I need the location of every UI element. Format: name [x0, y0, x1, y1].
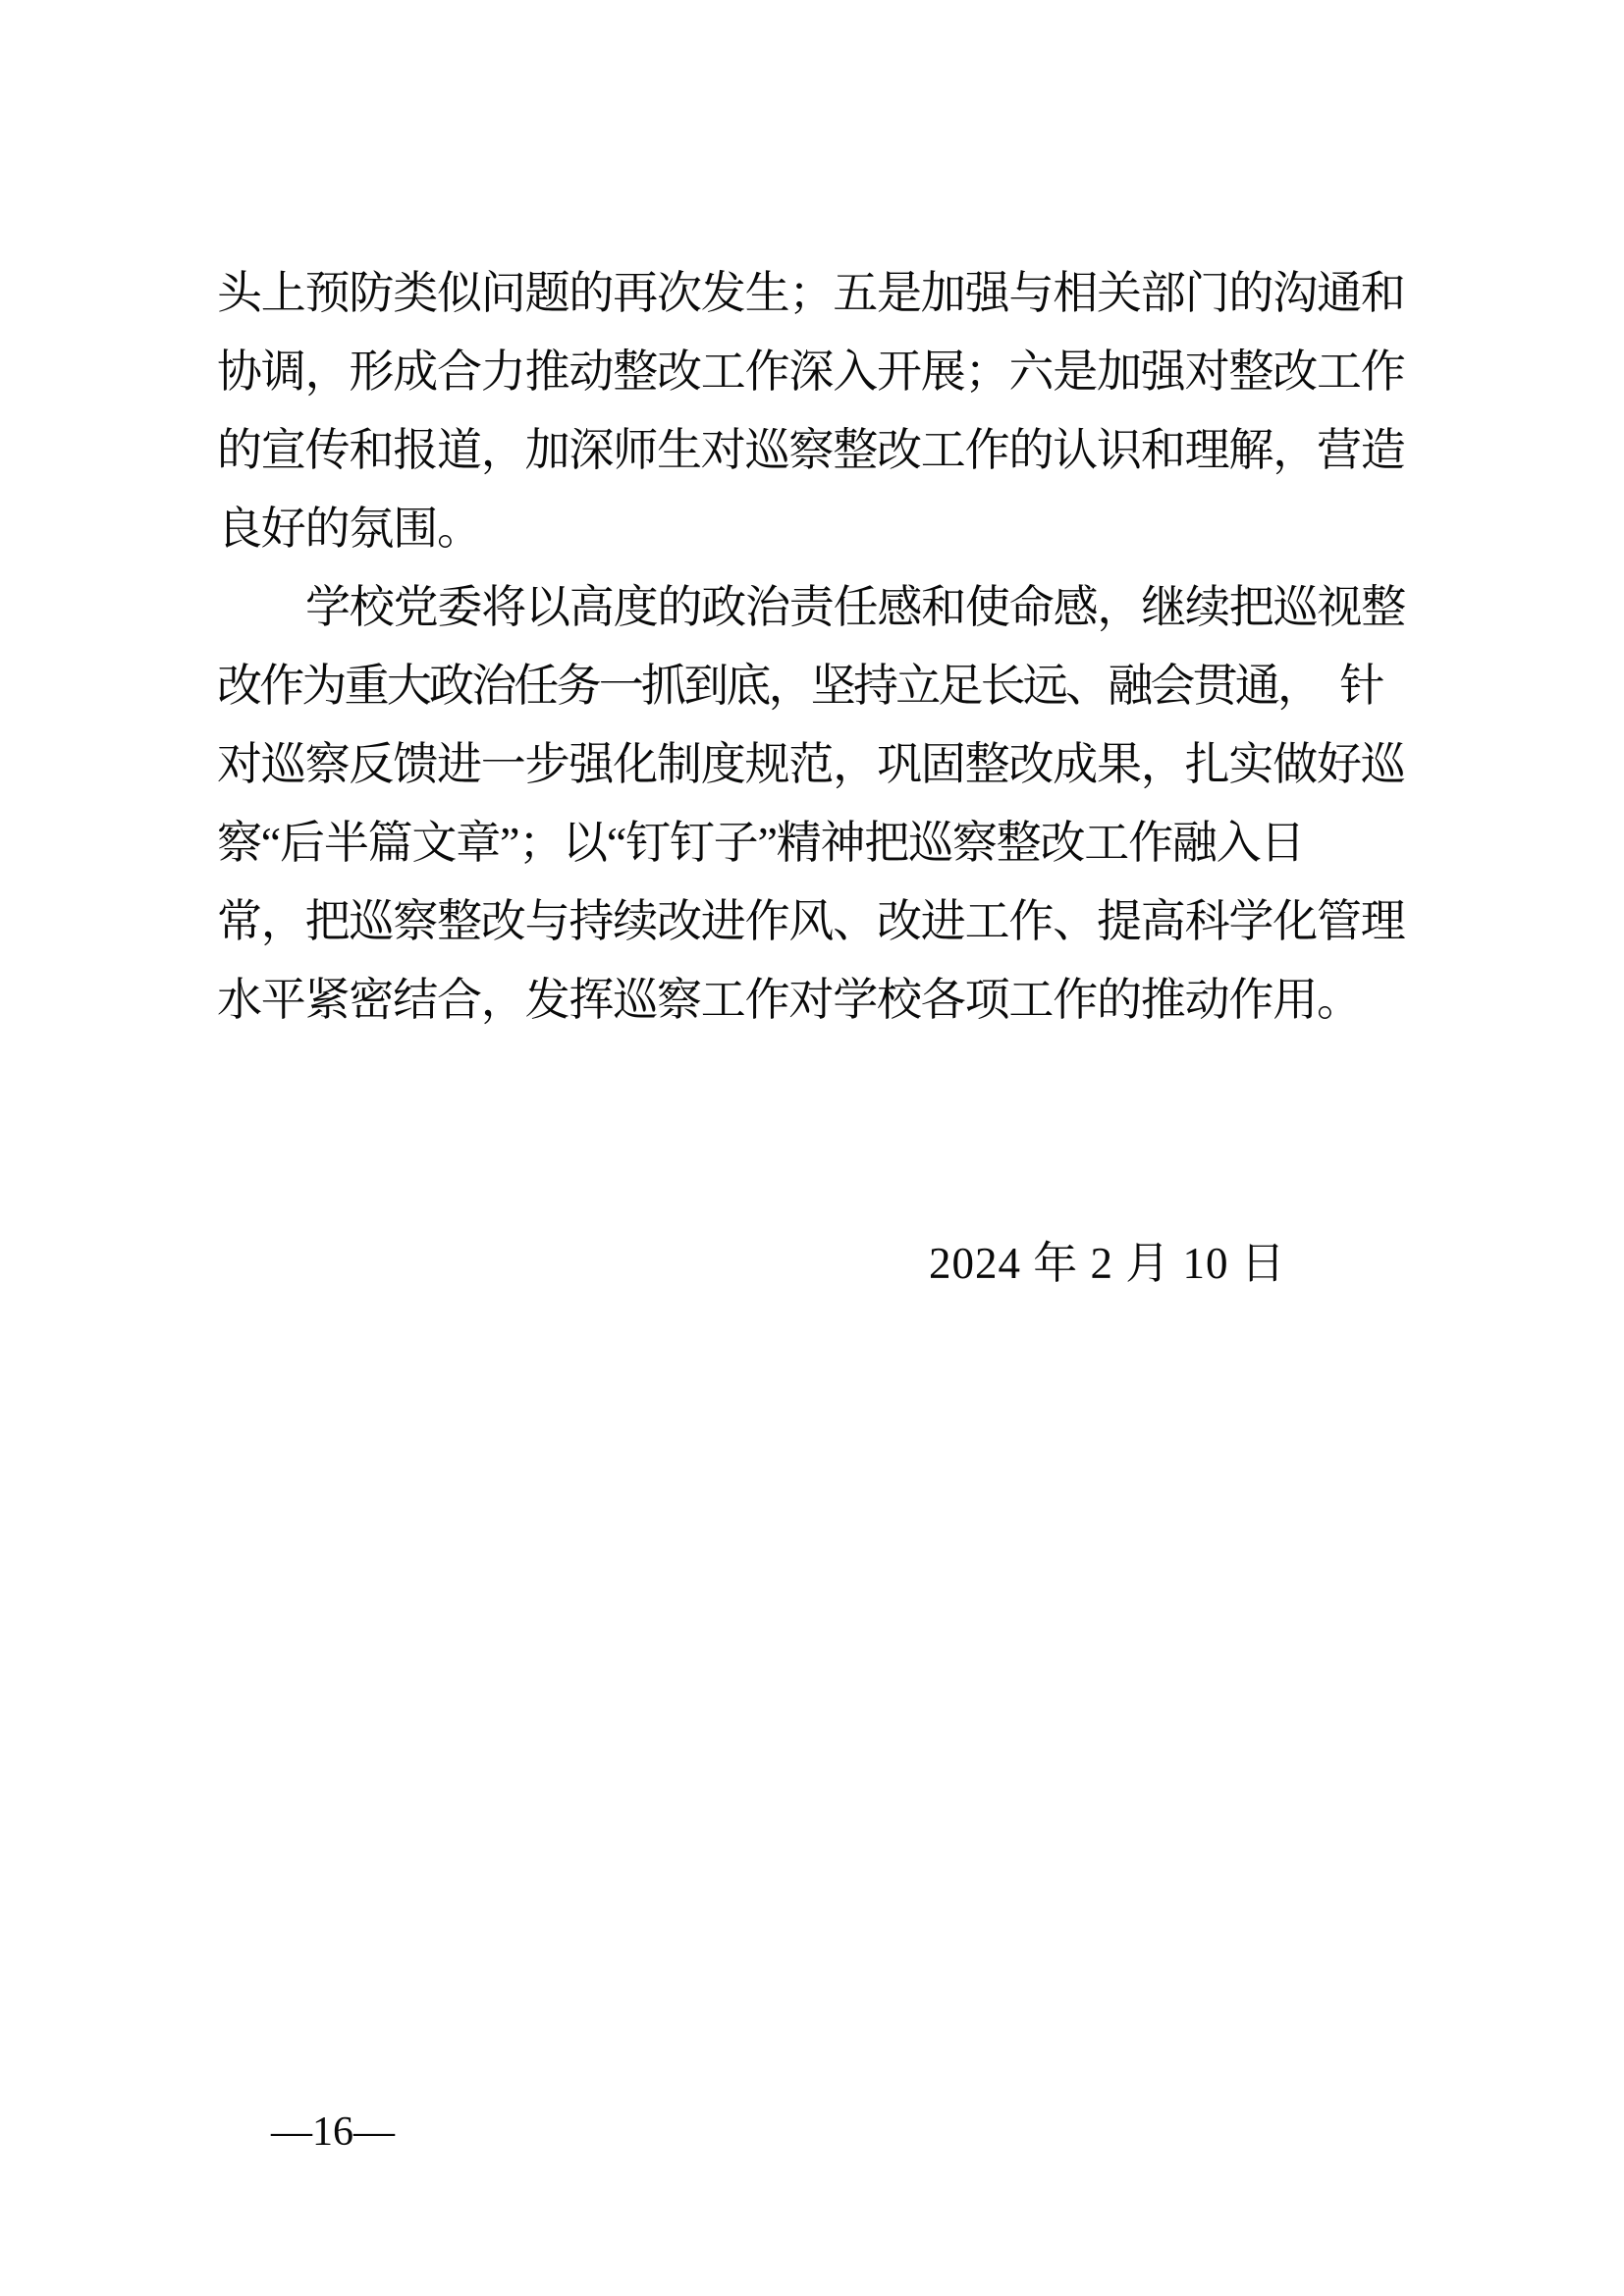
document-page: 头上预防类似问题的再次发生；五是加强与相关部门的沟通和 协调，形成合力推动整改工… — [0, 0, 1624, 2296]
body-line-7: 对巡察反馈进一步强化制度规范，巩固整改成果，扎实做好巡 — [217, 725, 1407, 804]
body-line-1: 头上预防类似问题的再次发生；五是加强与相关部门的沟通和 — [217, 254, 1407, 333]
body-line-5-paragraph-start: 学校党委将以高度的政治责任感和使命感，继续把巡视整 — [217, 568, 1407, 647]
body-line-10-paragraph-end: 水平紧密结合，发挥巡察工作对学校各项工作的推动作用。 — [217, 961, 1407, 1040]
body-line-8: 察“后半篇文章”；以“钉钉子”精神把巡察整改工作融入日 — [217, 804, 1407, 882]
body-line-6: 改作为重大政治任务一抓到底，坚持立足长远、融会贯通， 针 — [217, 647, 1407, 725]
body-text-block: 头上预防类似问题的再次发生；五是加强与相关部门的沟通和 协调，形成合力推动整改工… — [217, 254, 1407, 1040]
body-line-3: 的宣传和报道，加深师生对巡察整改工作的认识和理解，营造 — [217, 411, 1407, 490]
body-line-2: 协调，形成合力推动整改工作深入开展；六是加强对整改工作 — [217, 333, 1407, 411]
body-line-4-paragraph-end: 良好的氛围。 — [217, 490, 1407, 568]
body-line-9: 常，把巡察整改与持续改进作风、改进工作、提高科学化管理 — [217, 882, 1407, 961]
signature-date: 2024 年 2 月 10 日 — [929, 1235, 1286, 1292]
page-number: —16— — [271, 2107, 395, 2158]
